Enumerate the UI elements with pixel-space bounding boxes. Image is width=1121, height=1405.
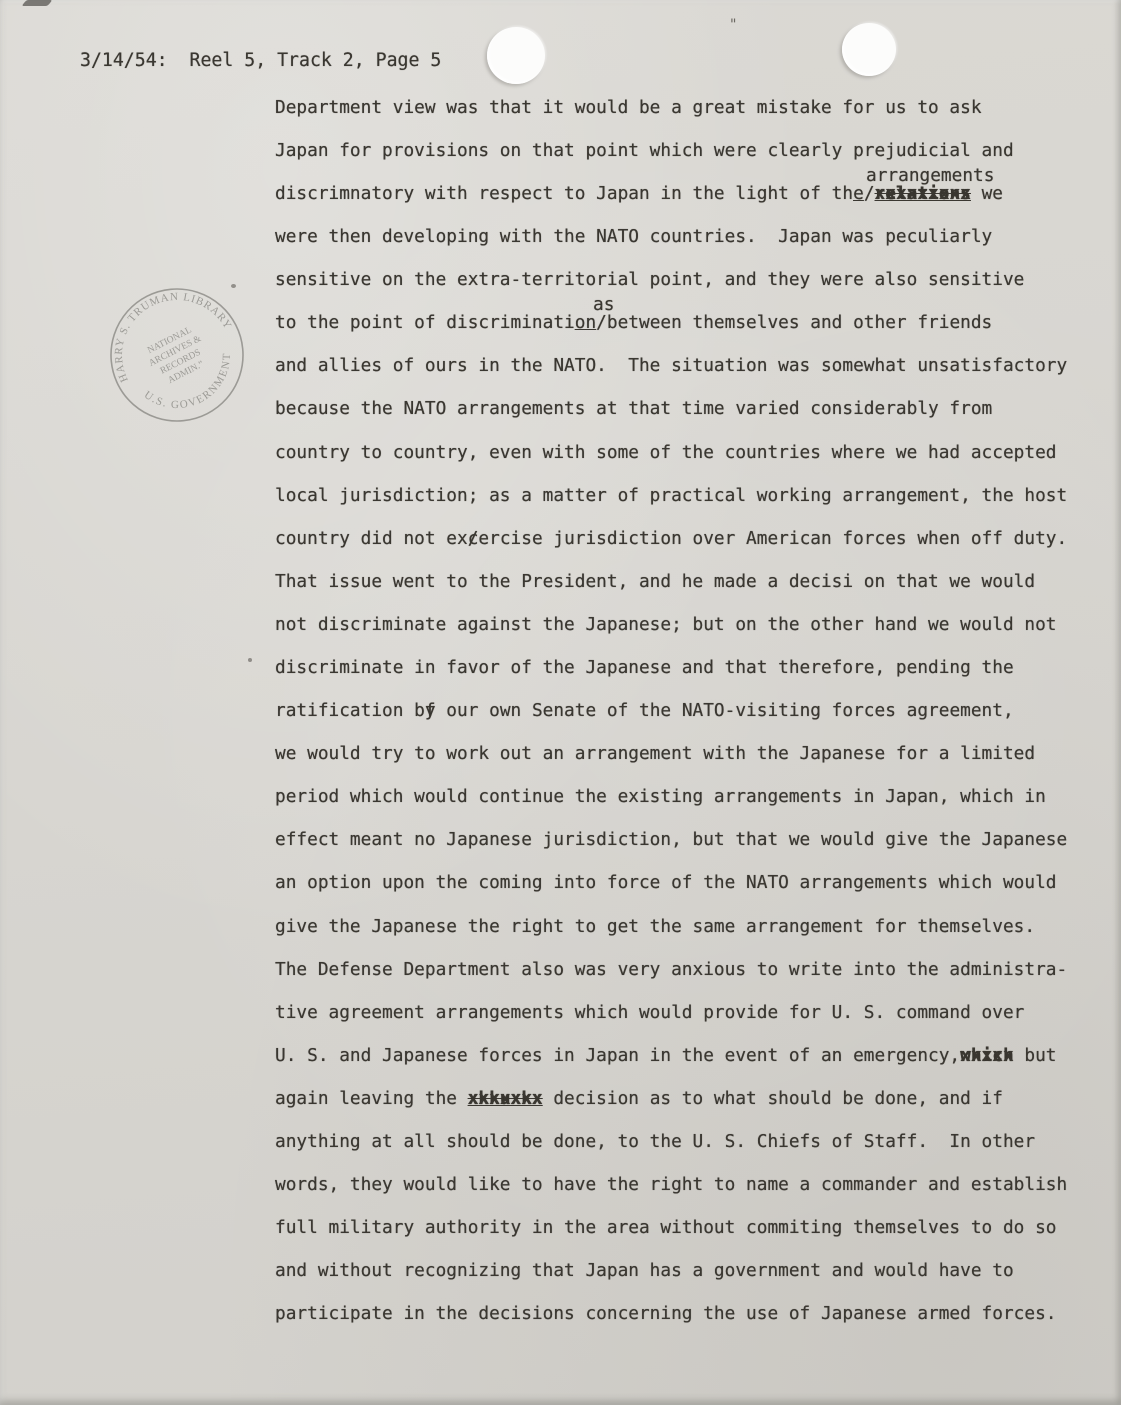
- text-line: That issue went to the President, and he…: [275, 573, 1035, 591]
- text-line: U. S. and Japanese forces in Japan in th…: [275, 1047, 1057, 1065]
- text-line: ratification byf our own Senate of the N…: [275, 702, 1014, 720]
- text-line: Japan for provisions on that point which…: [275, 142, 1014, 160]
- punch-hole-right: [842, 23, 896, 76]
- text-line: discriminate in favor of the Japanese an…: [275, 659, 1014, 677]
- text-line: country did not exc/ercise jurisdiction …: [275, 530, 1067, 548]
- text-line: sensitive on the extra-territorial point…: [275, 271, 1024, 289]
- text-line: participate in the decisions concerning …: [275, 1305, 1056, 1323]
- text-line: give the Japanese the right to get the s…: [275, 918, 1035, 936]
- text-line: Department view was that it would be a g…: [275, 99, 982, 117]
- text-line: not discriminate against the Japanese; b…: [275, 616, 1056, 634]
- text-line: and allies of ours in the NATO. The situ…: [275, 357, 1067, 375]
- text-line: words, they would like to have the right…: [275, 1176, 1067, 1194]
- ink-speck: [248, 658, 252, 662]
- text-line: we would try to work out an arrangement …: [275, 745, 1035, 763]
- text-line: anything at all should be done, to the U…: [275, 1133, 1035, 1151]
- truman-library-stamp: HARRY S. TRUMAN LIBRARY U.S. GOVERNMENT …: [101, 279, 253, 431]
- text-line: effect meant no Japanese jurisdiction, b…: [275, 831, 1067, 849]
- stray-ink-mark: ": [729, 17, 737, 33]
- text-line: because the NATO arrangements at that ti…: [275, 400, 992, 418]
- text-line: local jurisdiction; as a matter of pract…: [275, 487, 1067, 505]
- document-page: " 3/14/54: Reel 5, Track 2, Page 5 HARRY…: [0, 0, 1121, 1405]
- page-header: 3/14/54: Reel 5, Track 2, Page 5: [80, 52, 441, 70]
- inserted-word: arrangements: [866, 167, 994, 185]
- text-line: country to country, even with some of th…: [275, 444, 1056, 462]
- text-line: were then developing with the NATO count…: [275, 228, 992, 246]
- text-line: The Defense Department also was very anx…: [275, 961, 1067, 979]
- scan-edge-mark: [21, 0, 52, 6]
- text-line: period which would continue the existing…: [275, 788, 1046, 806]
- text-line: discrimnatory with respect to Japan in t…: [275, 185, 1003, 203]
- text-line: again leaving the xkkuxkxxxxxxxx decisio…: [275, 1090, 1003, 1108]
- text-line: an option upon the coming into force of …: [275, 874, 1056, 892]
- punch-hole-left: [487, 27, 545, 84]
- text-line: and without recognizing that Japan has a…: [275, 1262, 1014, 1280]
- inserted-word: as: [593, 296, 614, 314]
- text-line: tive agreement arrangements which would …: [275, 1004, 1024, 1022]
- text-line: to the point of discrimination/between t…: [275, 314, 992, 332]
- text-line: full military authority in the area with…: [275, 1219, 1056, 1237]
